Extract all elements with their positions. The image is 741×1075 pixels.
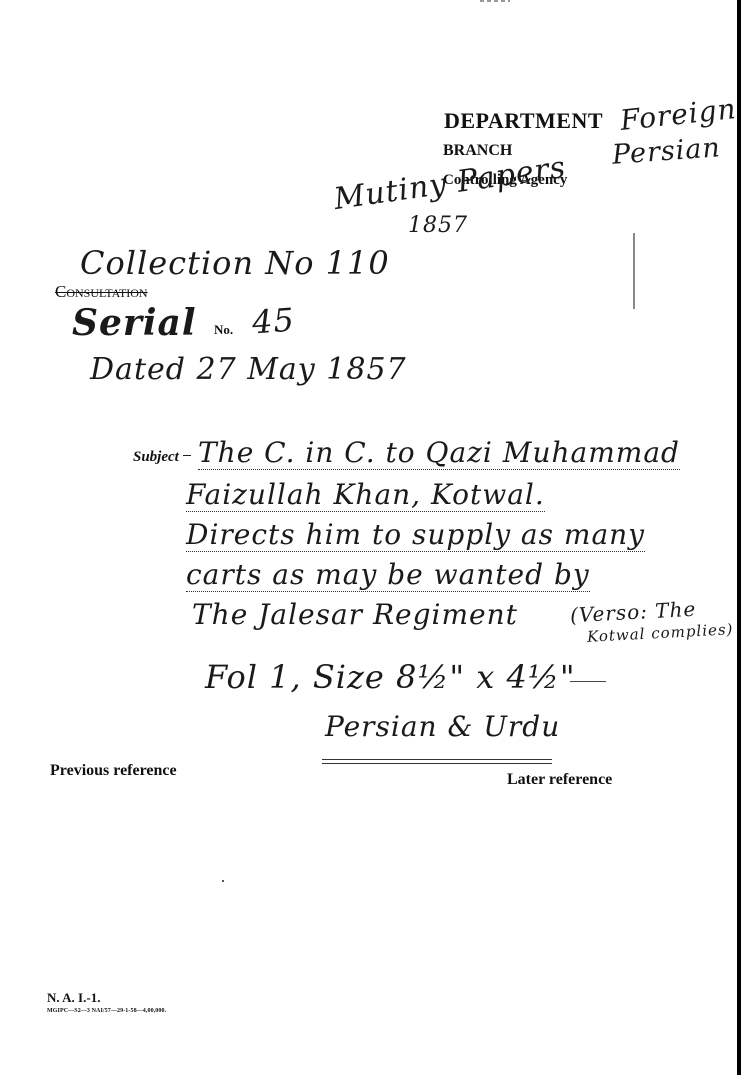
top-edge-mark (480, 0, 510, 2)
serial-value: 45 (251, 301, 296, 342)
page-right-border (737, 0, 741, 1075)
print-line: MGIPC—S2—3 NAI/57—29-1-58—4,00,000. (47, 1008, 166, 1014)
subject-dash (183, 455, 191, 456)
language-underline-1 (322, 759, 552, 760)
later-reference-label: Later reference (507, 771, 612, 789)
form-id: N. A. I.-1. (47, 990, 100, 1006)
subject-line-3: Directs him to supply as many (186, 518, 645, 552)
serial-no-label: No. (214, 322, 233, 338)
serial-handwritten: Serial (72, 302, 197, 344)
previous-reference-label: Previous reference (50, 762, 177, 780)
controlling-agency-year: 1857 (408, 213, 468, 238)
language-underline-2 (322, 763, 552, 764)
consultation-label: Consultation (55, 282, 148, 302)
department-label: DEPARTMENT (444, 108, 603, 134)
collection-number: Collection No 110 (80, 244, 390, 282)
branch-value: Persian (611, 132, 722, 171)
language: Persian & Urdu (325, 710, 560, 743)
dated-value: Dated 27 May 1857 (90, 352, 407, 387)
subject-line-4: carts as may be wanted by (186, 558, 590, 592)
faint-margin-line (633, 233, 635, 309)
subject-line-1: The C. in C. to Qazi Muhammad (198, 436, 680, 470)
subject-label: Subject (133, 449, 179, 466)
subject-line-5: The Jalesar Regiment (192, 598, 518, 631)
department-value: Foreign (619, 92, 738, 137)
folio-dash (570, 681, 606, 682)
subject-line-2: Faizullah Khan, Kotwal. (186, 478, 545, 512)
speck (222, 880, 224, 882)
branch-label: BRANCH (443, 142, 512, 160)
folio-size: Fol 1, Size 8½" x 4½" (205, 658, 576, 696)
